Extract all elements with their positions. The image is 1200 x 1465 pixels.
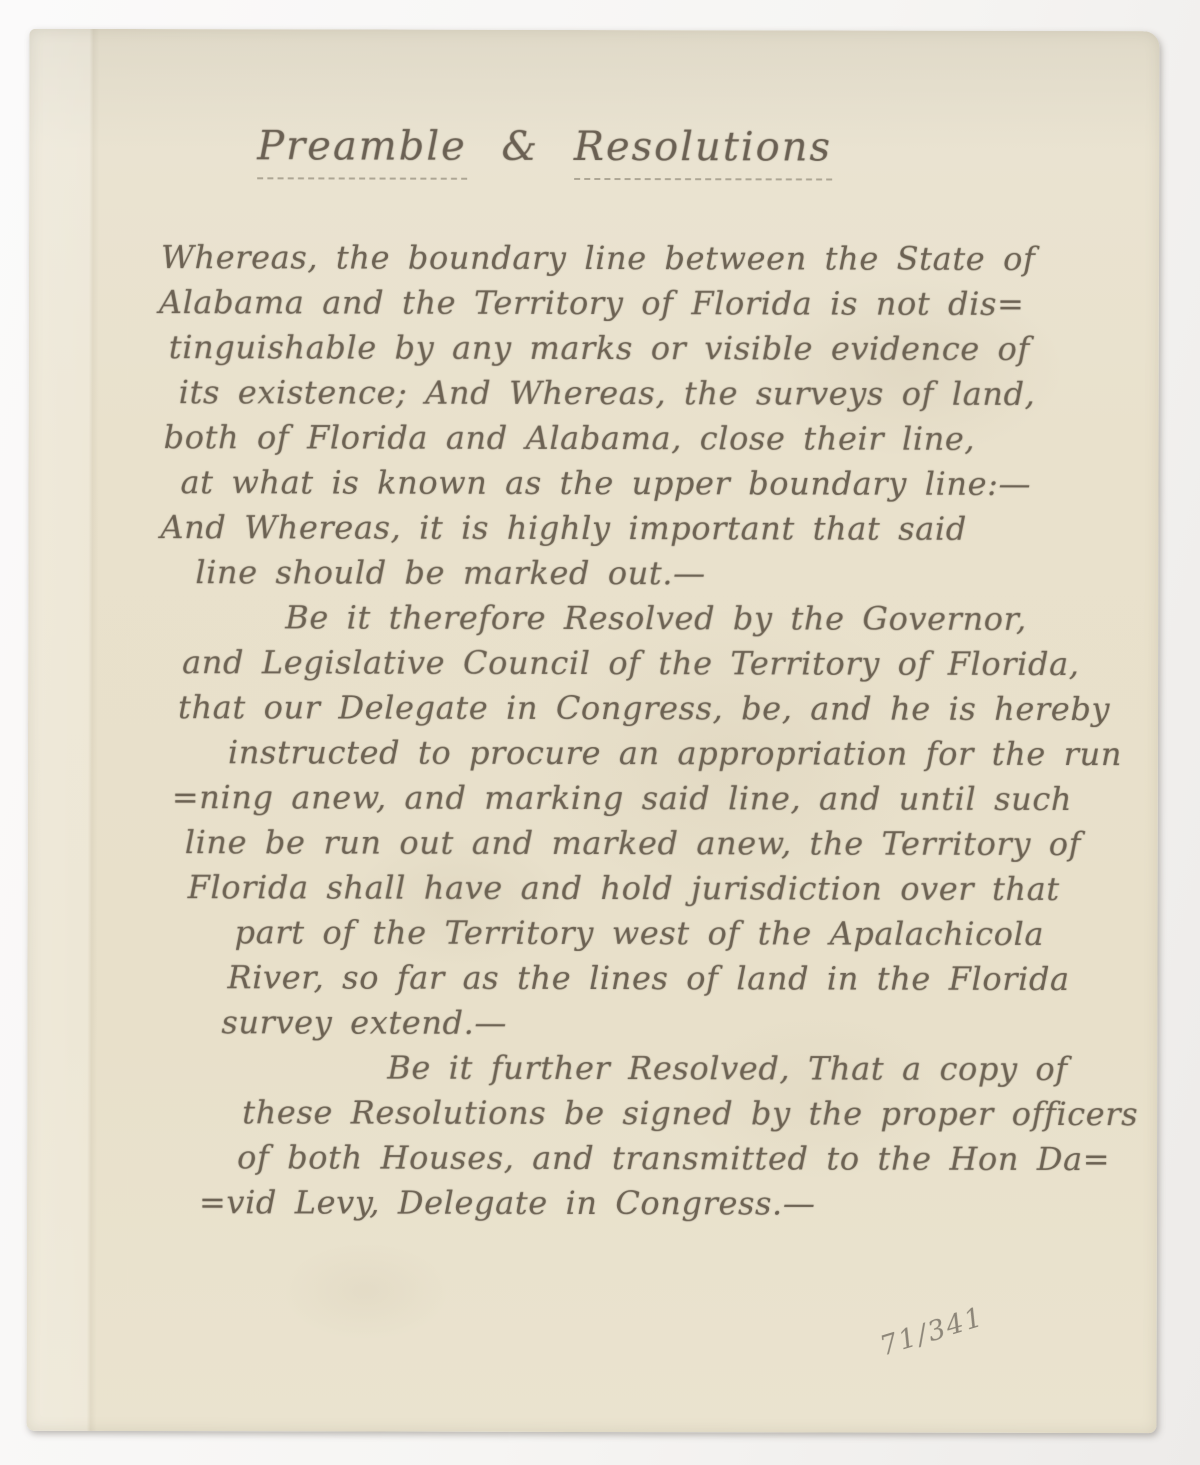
manuscript-line: at what is known as the upper boundary l… (180, 460, 1158, 507)
manuscript-line: and Legislative Council of the Territory… (182, 640, 1158, 687)
manuscript-line: Whereas, the boundary line between the S… (161, 235, 1159, 282)
title-word-preamble: Preamble (257, 123, 467, 179)
manuscript-line: =ning anew, and marking said line, and u… (172, 775, 1158, 822)
manuscript-line: Alabama and the Territory of Florida is … (159, 280, 1159, 327)
manuscript-line: both of Florida and Alabama, close their… (164, 415, 1159, 462)
archival-number: 71/341 (877, 1302, 988, 1363)
manuscript-line: that our Delegate in Congress, be, and h… (178, 685, 1158, 732)
manuscript-line: of both Houses, and transmitted to the H… (237, 1135, 1157, 1182)
manuscript-line: its existence; And Whereas, the surveys … (179, 370, 1159, 417)
title-word-resolutions: Resolutions (574, 124, 832, 181)
document-title: Preamble & Resolutions (257, 123, 832, 170)
manuscript-line: instructed to procure an appropriation f… (228, 730, 1158, 777)
manuscript-line: Florida shall have and hold jurisdiction… (188, 865, 1158, 912)
manuscript-line: survey extend.— (221, 1000, 1157, 1047)
manuscript-line: River, so far as the lines of land in th… (227, 955, 1157, 1002)
manuscript-line: line be run out and marked anew, the Ter… (185, 820, 1158, 867)
manuscript-line: these Resolutions be signed by the prope… (242, 1090, 1157, 1137)
manuscript-line: part of the Territory west of the Apalac… (235, 910, 1158, 957)
manuscript-line: Be it therefore Resolved by the Governor… (285, 595, 1158, 642)
manuscript-line: tinguishable by any marks or visible evi… (169, 325, 1159, 372)
title-ampersand: & (495, 124, 545, 170)
manuscript-line: And Whereas, it is highly important that… (160, 505, 1158, 552)
manuscript-page: Preamble & Resolutions Whereas, the boun… (27, 29, 1160, 1433)
scan-background: Preamble & Resolutions Whereas, the boun… (0, 0, 1200, 1465)
manuscript-line: Be it further Resolved, That a copy of (387, 1046, 1157, 1093)
manuscript-line: line should be marked out.— (195, 550, 1158, 597)
manuscript-body: Whereas, the boundary line between the S… (27, 235, 1159, 1227)
manuscript-line: =vid Levy, Delegate in Congress.— (199, 1180, 1157, 1227)
